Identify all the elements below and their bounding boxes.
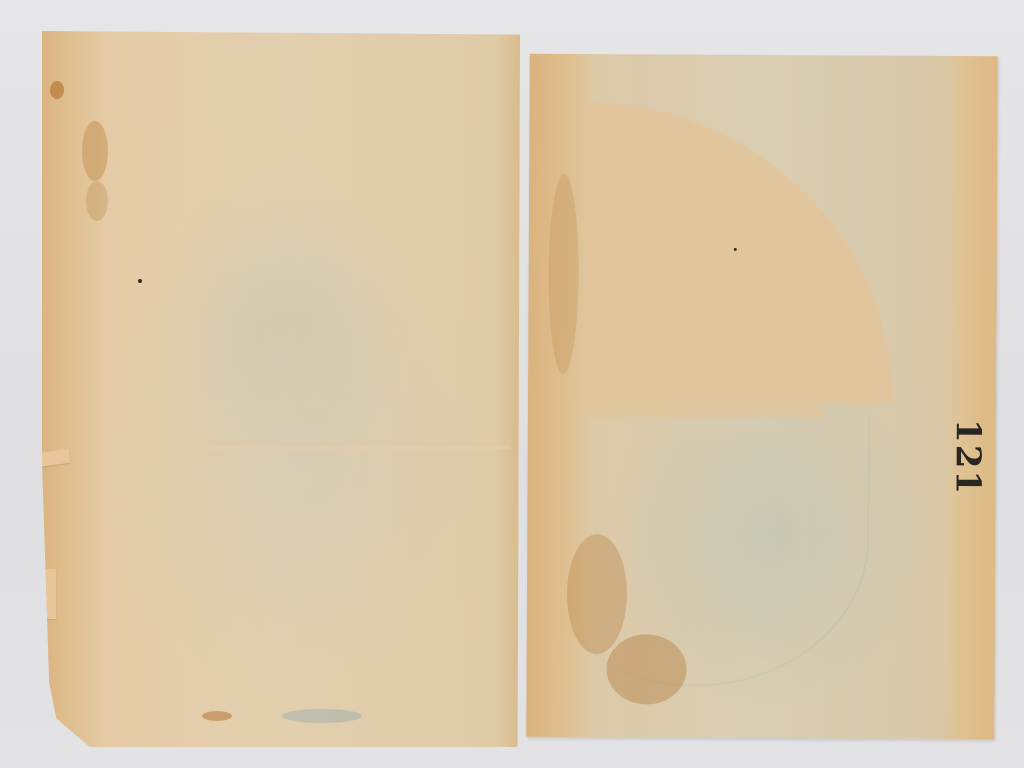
foxing-stain [606,634,686,704]
ink-dot [734,248,737,251]
right-print-sheet: 121 [526,54,998,739]
handwritten-number: 121 [947,419,987,496]
ink-dot [138,279,142,283]
foxing-stain [567,534,628,654]
foxing-stain [86,181,108,221]
foxing-stain [82,121,108,181]
blue-smudge [282,709,362,723]
torn-paper-tab [44,569,56,619]
right-edge-discoloration [949,56,998,739]
left-print-sheet [42,31,520,747]
moon-bleed-through [583,102,895,404]
foxing-stain [50,81,64,99]
foxing-stain [202,711,232,721]
fold-line [102,446,510,449]
